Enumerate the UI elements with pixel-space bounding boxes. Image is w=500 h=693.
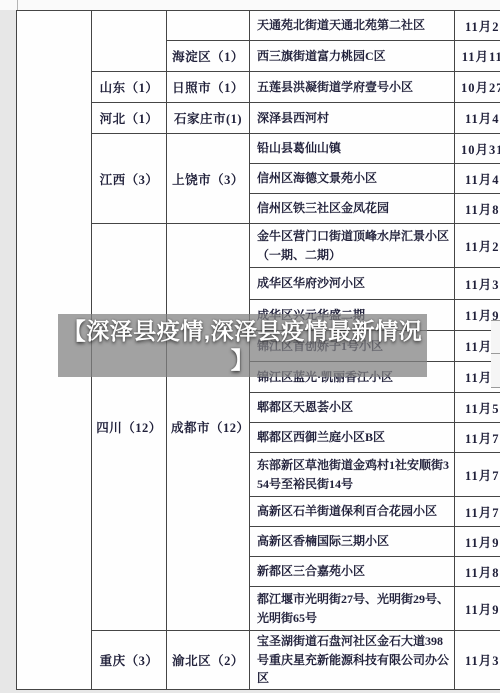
- address-cell: 西三旗街道富力桃园C区: [250, 41, 455, 72]
- city-cell: 渝北区（2）: [167, 631, 250, 690]
- date-cell: 11月9日: [455, 587, 500, 631]
- address-cell: 都江堰市光明街27号、光明街29号、光明街65号: [250, 587, 455, 631]
- address-cell: 郫都区西御兰庭小区B区: [250, 423, 455, 453]
- date-cell: 11月9日: [455, 527, 500, 557]
- date-cell: 11月4日: [455, 103, 500, 134]
- date-cell: 11月2日: [455, 11, 500, 41]
- table-row: 天通苑北街道天通北苑第二社区11月2日: [17, 11, 500, 41]
- city-cell: 上饶市（3）: [167, 134, 250, 224]
- address-cell: 深泽县西河村: [250, 103, 455, 134]
- province-cell: 四川（12）: [92, 224, 167, 631]
- address-cell: 铅山县葛仙山镇: [250, 134, 455, 164]
- address-cell: 五莲县洪凝街道学府壹号小区: [250, 72, 455, 103]
- date-cell: 11月8日: [455, 557, 500, 587]
- date-cell: 11月8日: [455, 194, 500, 224]
- address-cell: 郫都区天恩荟小区: [250, 393, 455, 423]
- date-cell: 11月7日: [455, 423, 500, 453]
- city-cell: 海淀区（1）: [167, 41, 250, 72]
- watermark-line1: 【深泽县疫情,深泽县疫情最新情况: [63, 317, 422, 345]
- city-cell: 日照市（1）: [167, 72, 250, 103]
- address-cell: 东部新区草池街道金鸡村1社安顺街354号至裕民街14号: [250, 453, 455, 497]
- address-cell: 金牛区营门口街道顶峰水岸汇景小区（一期、二期）: [250, 224, 455, 268]
- address-cell: 信州区铁三社区金凤花园: [250, 194, 455, 224]
- page-edge-artifact-line: [491, 353, 500, 354]
- province-cell: 山东（1）: [92, 72, 167, 103]
- address-cell: 天通苑北街道天通北苑第二社区: [250, 11, 455, 41]
- watermark-banner: 【深泽县疫情,深泽县疫情最新情况 】: [58, 314, 427, 377]
- address-cell: 高新区石羊街道保利百合花园小区: [250, 497, 455, 527]
- city-cell: 成都市（12）: [167, 224, 250, 631]
- address-cell: 高新区香楠国际三期小区: [250, 527, 455, 557]
- city-cell: 石家庄市(1): [167, 103, 250, 134]
- date-cell: 11月7日: [455, 497, 500, 527]
- date-cell: 11月4日: [455, 164, 500, 194]
- date-cell: 11月3日: [455, 631, 500, 690]
- watermark-line2: 】: [231, 346, 255, 374]
- date-cell: 11月2日: [455, 224, 500, 268]
- province-cell: 江西（3）: [92, 134, 167, 224]
- page-edge-artifact: [491, 320, 500, 388]
- page-top-border-remnant: [17, 0, 18, 10]
- address-cell: 信州区海德文景苑小区: [250, 164, 455, 194]
- date-cell: 11月3日: [455, 268, 500, 300]
- date-cell: 11月5日: [455, 393, 500, 423]
- city-cell: [167, 11, 250, 41]
- date-cell: 11月11日: [455, 41, 500, 72]
- date-cell: 10月27日: [455, 72, 500, 103]
- province-cell: 重庆（3）: [92, 631, 167, 690]
- province-cell: 河北（1）: [92, 103, 167, 134]
- address-cell: 宝圣湖街道石盘河社区金石大道398号重庆星充新能源科技有限公司办公区: [250, 631, 455, 690]
- date-cell: 10月31日: [455, 134, 500, 164]
- address-cell: 新都区三合嘉苑小区: [250, 557, 455, 587]
- address-cell: 成华区华府沙河小区: [250, 268, 455, 300]
- date-cell: 11月7日: [455, 453, 500, 497]
- province-cell: [92, 11, 167, 72]
- page-top-band: [0, 0, 500, 10]
